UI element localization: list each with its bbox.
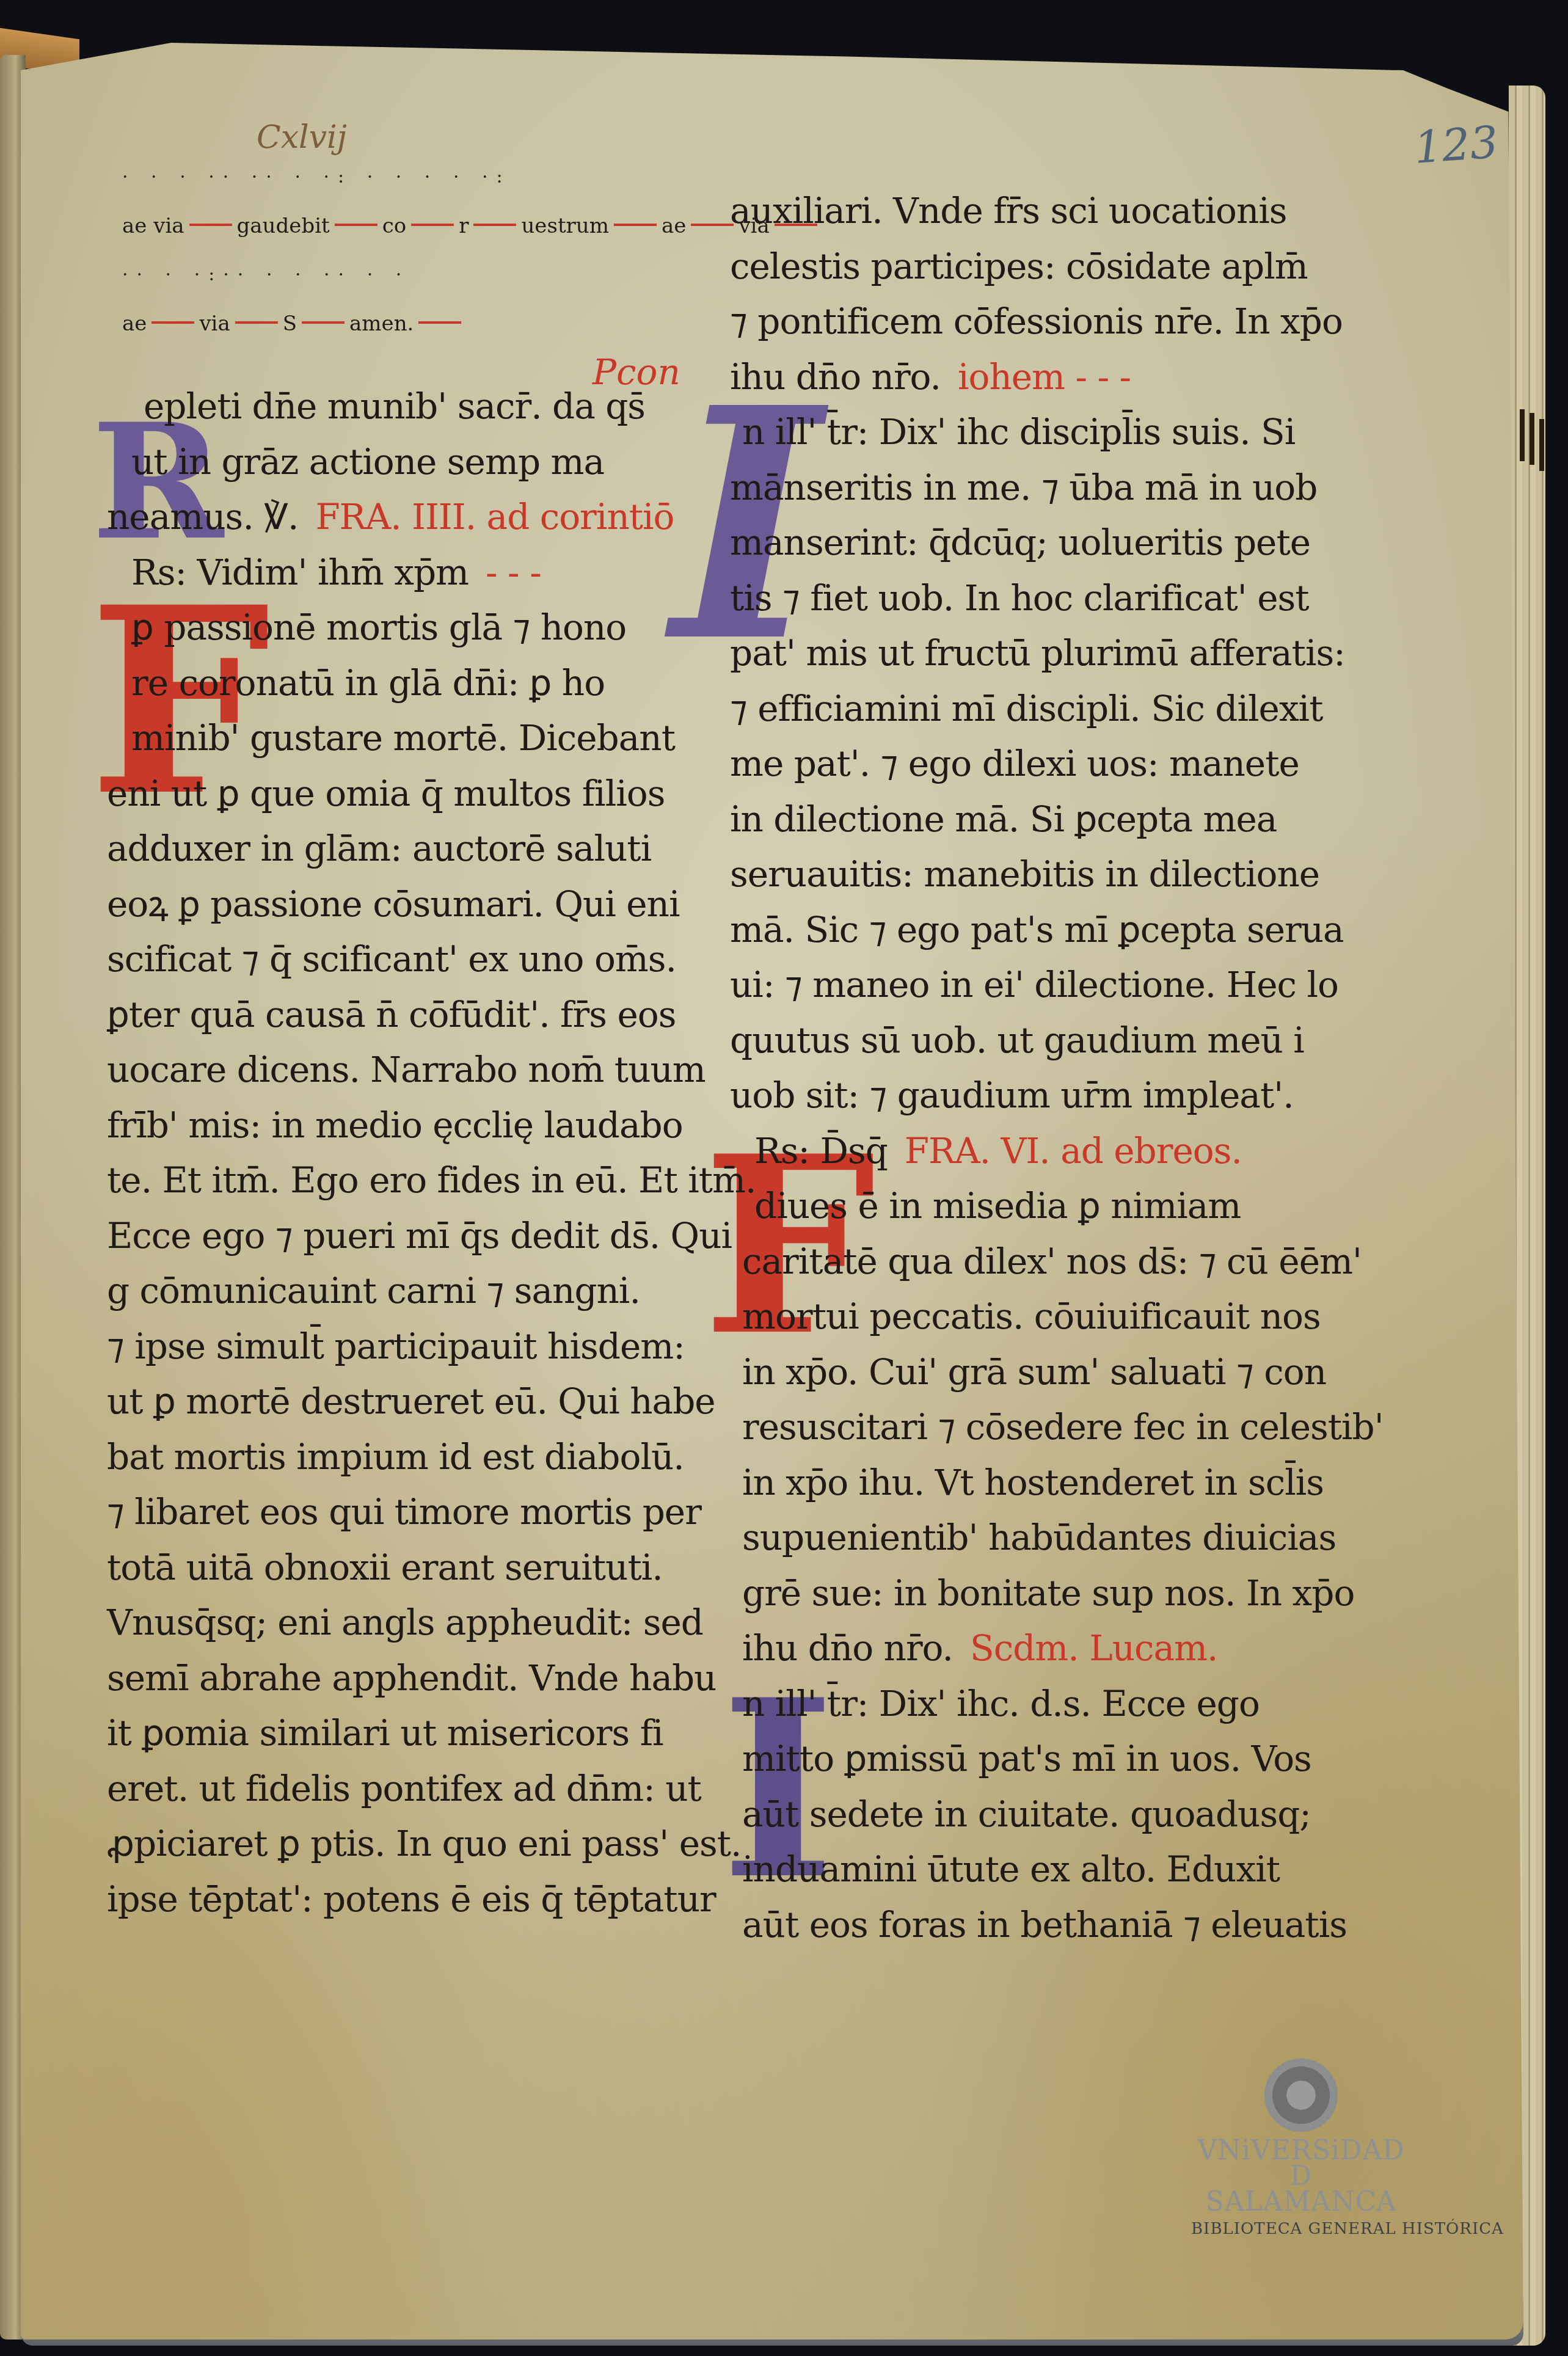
line-text: frīb' mis: in medio ęcclię laudabo: [107, 1104, 683, 1146]
right-text-column: auxiliari. Vnde fr̄s sci uocationisceles…: [730, 183, 1304, 1952]
line-text: ⁊ libaret eos qui timore mortis per: [107, 1491, 701, 1533]
neume-row: · · · ·· ·· · ·: · · · · ·:: [122, 153, 672, 202]
line-text: it ꝑomia similari ut misericors fi: [107, 1712, 663, 1754]
text-line: mitto ꝑmissū pat's mī in uos. Vos: [730, 1731, 1304, 1787]
line-text: manserint: q̄dcūq; uolueritis pete: [730, 522, 1310, 563]
line-text: totā uitā obnoxii erant seruituti.: [107, 1547, 663, 1588]
line-text: quutus sū uob. ut gaudium meū i: [730, 1019, 1304, 1061]
line-text: in xp̄o ihu. Vt hostenderet in scl̄is: [742, 1462, 1324, 1503]
text-line: supuenientib' habūdantes diuicias: [730, 1510, 1304, 1566]
line-text: aūt sedete in ciuitate. quoadusq;: [742, 1793, 1311, 1835]
line-text: Rs: Vidim' ihm̄ xp̄m: [131, 552, 469, 593]
line-text: g cōmunicauint carni ⁊ sangni.: [107, 1270, 640, 1311]
melisma-line: [411, 224, 454, 226]
line-text: grē sue: in bonitate sup nos. In xp̄o: [742, 1572, 1354, 1614]
line-text: ihu dn̄o nr̄o.: [730, 356, 941, 398]
melisma-line: [418, 321, 461, 324]
text-line: resuscitari ⁊ cōsedere fec in celestib': [730, 1399, 1304, 1455]
melisma-line: [473, 224, 516, 226]
text-line: n ill' t̄r: Dix' ihc. d.s. Ecce ego: [730, 1676, 1304, 1732]
chant-syllable: S: [283, 312, 297, 336]
text-line: uocare dicens. Narrabo nom̄ tuum: [107, 1042, 693, 1098]
line-text: eni ut ꝑ que omia q̄ multos filios: [107, 773, 665, 814]
line-text: epleti dn̄e munib' sacr̄. da qs̄: [144, 385, 645, 427]
melisma-line: [302, 321, 345, 324]
line-text: ihu dn̄o nr̄o.: [742, 1627, 953, 1669]
line-text: diues ē in misedia ꝑ nimiam: [754, 1185, 1241, 1227]
text-line: ꝓpiciaret ꝑ ptis. In quo eni pass' est.: [107, 1816, 693, 1872]
text-line: n ill' t̄r: Dix' ihc discipl̄is suis. Si: [730, 404, 1304, 460]
line-text: caritatē qua dilex' nos ds̄: ⁊ cū ēēm': [742, 1241, 1362, 1282]
line-text: Vnusq̄sq; eni angls appheudit: sed: [107, 1602, 703, 1643]
line-text: ꝑter quā causā n̄ cōfūdit'. fr̄s eos: [107, 994, 676, 1035]
text-line: eoꝝ ꝑ passione cōsumari. Qui eni: [107, 877, 693, 932]
line-text: uob sit: ⁊ gaudium ur̄m impleat'.: [730, 1074, 1294, 1116]
text-line: aūt eos foras in bethaniā ⁊ eleuatis: [730, 1897, 1304, 1953]
watermark-line-2: D SALAMANCA: [1191, 2164, 1411, 2215]
line-text: ipse tēptat': potens ē eis q̄ tēptatur: [107, 1878, 716, 1920]
line-text: ui: ⁊ maneo in ei' dilectione. Hec lo: [730, 964, 1338, 1005]
chant-syllable: uestrum: [521, 214, 609, 238]
line-text: induamini ūtute ex alto. Eduxit: [742, 1848, 1280, 1890]
chant-syllable: ae: [122, 312, 147, 336]
text-line: manserint: q̄dcūq; uolueritis pete: [730, 515, 1304, 571]
line-text: n ill' t̄r: Dix' ihc discipl̄is suis. Si: [742, 411, 1295, 453]
line-text: eret. ut fidelis pontifex ad dn̄m: ut: [107, 1768, 701, 1809]
chant-line: aeviaSamen.: [122, 299, 672, 348]
text-line: ꝑ passionē mortis glā ⁊ hono: [107, 600, 693, 655]
line-text: in dilectione mā. Si ꝑcepta mea: [730, 798, 1277, 840]
watermark-line-3: BIBLIOTECA GENERAL HISTÓRICA: [1191, 2220, 1411, 2238]
chant-syllable: gaudebit: [237, 214, 330, 238]
chant-line: ae viagaudebitcoruestrumaevia: [122, 202, 672, 250]
line-text: ꝑ passionē mortis glā ⁊ hono: [131, 607, 626, 648]
text-line: mortui peccatis. cōuiuificauit nos: [730, 1289, 1304, 1344]
neume-row: ·· · ·:·· · · ·· · ·: [122, 250, 672, 299]
text-line: mā. Sic ⁊ ego pat's mī ꝑcepta serua: [730, 902, 1304, 958]
line-text: neamus. ℣.: [107, 496, 298, 538]
text-line: scificat ⁊ q̄ scificant' ex uno om̄s.: [107, 932, 693, 987]
line-text: resuscitari ⁊ cōsedere fec in celestib': [742, 1406, 1384, 1448]
text-line: ⁊ efficiamini mī discipli. Sic dilexit: [730, 681, 1304, 737]
line-text: ꝓpiciaret ꝑ ptis. In quo eni pass' est.: [107, 1823, 742, 1864]
chant-syllable: amen.: [349, 312, 414, 336]
text-line: Ecce ego ⁊ pueri mī q̄s dedit ds̄. Qui: [107, 1208, 693, 1264]
text-line: ui: ⁊ maneo in ei' dilectione. Hec lo: [730, 957, 1304, 1013]
text-line: grē sue: in bonitate sup nos. In xp̄o: [730, 1566, 1304, 1621]
line-text: seruauitis: manebitis in dilectione: [730, 853, 1319, 895]
text-line: Vnusq̄sq; eni angls appheudit: sed: [107, 1595, 693, 1650]
melisma-line: [235, 321, 278, 324]
chant-syllable: via: [199, 312, 230, 336]
chant-notation: · · · ·· ·· · ·: · · · · ·: ae viagaudeb…: [122, 153, 672, 348]
line-text: aūt eos foras in bethaniā ⁊ eleuatis: [742, 1904, 1347, 1946]
melisma-line: [614, 224, 657, 226]
text-line: re coronatū in glā dn̄i: ꝑ ho: [107, 655, 693, 711]
line-text: adduxer in glām: auctorē saluti: [107, 828, 651, 869]
text-line: ipse tēptat': potens ē eis q̄ tēptatur: [107, 1872, 693, 1927]
text-line: eret. ut fidelis pontifex ad dn̄m: ut: [107, 1761, 693, 1817]
text-line: uob sit: ⁊ gaudium ur̄m impleat'.: [730, 1068, 1304, 1123]
text-line: te. Et itm̄. Ego ero fides in eū. Et itm…: [107, 1153, 693, 1208]
rubric: FRA. IIII. ad corintiō: [315, 496, 674, 538]
text-line: bat mortis impium id est diabolū.: [107, 1429, 693, 1485]
text-line: neamus. ℣.FRA. IIII. ad corintiō: [107, 489, 693, 545]
line-text: pat' mis ut fructū plurimū afferatis:: [730, 632, 1345, 674]
line-text: eoꝝ ꝑ passione cōsumari. Qui eni: [107, 883, 680, 925]
line-text: ⁊ pontificem cōfessionis nr̄e. In xp̄o: [730, 301, 1343, 342]
text-line: in xp̄o. Cui' grā sum' saluati ⁊ con: [730, 1344, 1304, 1400]
rubric: - - -: [486, 552, 541, 593]
text-line: semī abrahe apphendit. Vnde habu: [107, 1650, 693, 1706]
text-line: caritatē qua dilex' nos ds̄: ⁊ cū ēēm': [730, 1234, 1304, 1289]
text-line: ut ꝑ mortē destrueret eū. Qui habe: [107, 1374, 693, 1429]
university-watermark: VNiVERSiDAD D SALAMANCA BIBLIOTECA GENER…: [1191, 2059, 1411, 2238]
line-text: minib' gustare mortē. Dicebant: [131, 717, 675, 759]
text-line: g cōmunicauint carni ⁊ sangni.: [107, 1263, 693, 1319]
text-line: it ꝑomia similari ut misericors fi: [107, 1705, 693, 1761]
line-text: ⁊ ipse simult̄ participauit hisdem:: [107, 1326, 685, 1367]
rubric: FRA. VI. ad ebreos.: [905, 1130, 1242, 1172]
folio-number: 123: [1412, 116, 1500, 173]
margin-ink-marks: [1520, 409, 1525, 461]
melisma-line: [151, 321, 194, 324]
chant-syllable: r: [459, 214, 469, 238]
text-line: ihu dn̄o nr̄o.Scdm. Lucam.: [730, 1621, 1304, 1676]
text-line: quutus sū uob. ut gaudium meū i: [730, 1013, 1304, 1068]
text-line: me pat'. ⁊ ego dilexi uos: manete: [730, 736, 1304, 792]
line-text: uocare dicens. Narrabo nom̄ tuum: [107, 1049, 706, 1090]
text-line: ihu dn̄o nr̄o.iohem - - -: [730, 349, 1304, 405]
text-line: epleti dn̄e munib' sacr̄. da qs̄: [107, 379, 693, 434]
text-line: induamini ūtute ex alto. Eduxit: [730, 1842, 1304, 1897]
text-line: frīb' mis: in medio ęcclię laudabo: [107, 1098, 693, 1153]
line-text: semī abrahe apphendit. Vnde habu: [107, 1657, 716, 1699]
melisma-line: [189, 224, 232, 226]
line-text: mā. Sic ⁊ ego pat's mī ꝑcepta serua: [730, 909, 1344, 950]
line-text: bat mortis impium id est diabolū.: [107, 1436, 684, 1478]
text-line: ⁊ pontificem cōfessionis nr̄e. In xp̄o: [730, 294, 1304, 349]
chant-syllable: ae via: [122, 214, 184, 238]
text-line: minib' gustare mortē. Dicebant: [107, 710, 693, 766]
text-line: ut in grāz actione semp ma: [107, 434, 693, 490]
text-line: ꝑter quā causā n̄ cōfūdit'. fr̄s eos: [107, 987, 693, 1043]
line-text: te. Et itm̄. Ego ero fides in eū. Et itm…: [107, 1159, 756, 1201]
line-text: scificat ⁊ q̄ scificant' ex uno om̄s.: [107, 938, 676, 980]
text-line: seruauitis: manebitis in dilectione: [730, 847, 1304, 902]
text-line: ⁊ ipse simult̄ participauit hisdem:: [107, 1319, 693, 1374]
line-text: Rs: D̄sq̄: [754, 1130, 888, 1172]
text-line: diues ē in misedia ꝑ nimiam: [730, 1178, 1304, 1234]
line-text: n ill' t̄r: Dix' ihc. d.s. Ecce ego: [742, 1683, 1260, 1724]
line-text: celestis participes: cōsidate aplm̄: [730, 246, 1308, 287]
text-line: mānseritis in me. ⁊ ūba mā in uob: [730, 460, 1304, 516]
text-line: Rs: D̄sq̄FRA. VI. ad ebreos.: [730, 1123, 1304, 1179]
rubric: Scdm. Lucam.: [970, 1627, 1218, 1669]
text-line: pat' mis ut fructū plurimū afferatis:: [730, 625, 1304, 681]
line-text: mānseritis in me. ⁊ ūba mā in uob: [730, 467, 1317, 508]
text-line: totā uitā obnoxii erant seruituti.: [107, 1540, 693, 1596]
line-text: ⁊ efficiamini mī discipli. Sic dilexit: [730, 688, 1322, 729]
line-text: supuenientib' habūdantes diuicias: [742, 1517, 1336, 1558]
left-text-column: epleti dn̄e munib' sacr̄. da qs̄ut in gr…: [107, 379, 693, 1927]
university-seal-icon: [1264, 2059, 1338, 2132]
text-line: tis ⁊ fiet uob. In hoc clarificat' est: [730, 571, 1304, 626]
text-line: ⁊ libaret eos qui timore mortis per: [107, 1484, 693, 1540]
text-line: aūt sedete in ciuitate. quoadusq;: [730, 1787, 1304, 1842]
text-line: auxiliari. Vnde fr̄s sci uocationis: [730, 183, 1304, 239]
line-text: re coronatū in glā dn̄i: ꝑ ho: [131, 662, 605, 704]
line-text: auxiliari. Vnde fr̄s sci uocationis: [730, 190, 1287, 232]
text-line: in dilectione mā. Si ꝑcepta mea: [730, 792, 1304, 847]
line-text: tis ⁊ fiet uob. In hoc clarificat' est: [730, 577, 1309, 619]
line-text: mitto ꝑmissū pat's mī in uos. Vos: [742, 1738, 1311, 1779]
line-text: ut ꝑ mortē destrueret eū. Qui habe: [107, 1380, 715, 1422]
text-line: in xp̄o ihu. Vt hostenderet in scl̄is: [730, 1455, 1304, 1511]
melisma-line: [691, 224, 734, 226]
chant-syllable: co: [382, 214, 407, 238]
quire-mark: Cxlvij: [257, 119, 347, 156]
text-line: Rs: Vidim' ihm̄ xp̄m- - -: [107, 545, 693, 600]
chant-syllable: ae: [662, 214, 686, 238]
melisma-line: [335, 224, 377, 226]
line-text: mortui peccatis. cōuiuificauit nos: [742, 1296, 1321, 1337]
text-line: celestis participes: cōsidate aplm̄: [730, 239, 1304, 294]
text-line: adduxer in glām: auctorē saluti: [107, 821, 693, 877]
rubric: iohem - - -: [958, 356, 1131, 398]
text-line: eni ut ꝑ que omia q̄ multos filios: [107, 766, 693, 822]
watermark-line-1: VNiVERSiDAD: [1191, 2138, 1411, 2164]
line-text: me pat'. ⁊ ego dilexi uos: manete: [730, 743, 1299, 784]
line-text: ut in grāz actione semp ma: [131, 441, 604, 483]
line-text: in xp̄o. Cui' grā sum' saluati ⁊ con: [742, 1351, 1326, 1393]
line-text: Ecce ego ⁊ pueri mī q̄s dedit ds̄. Qui: [107, 1215, 732, 1256]
